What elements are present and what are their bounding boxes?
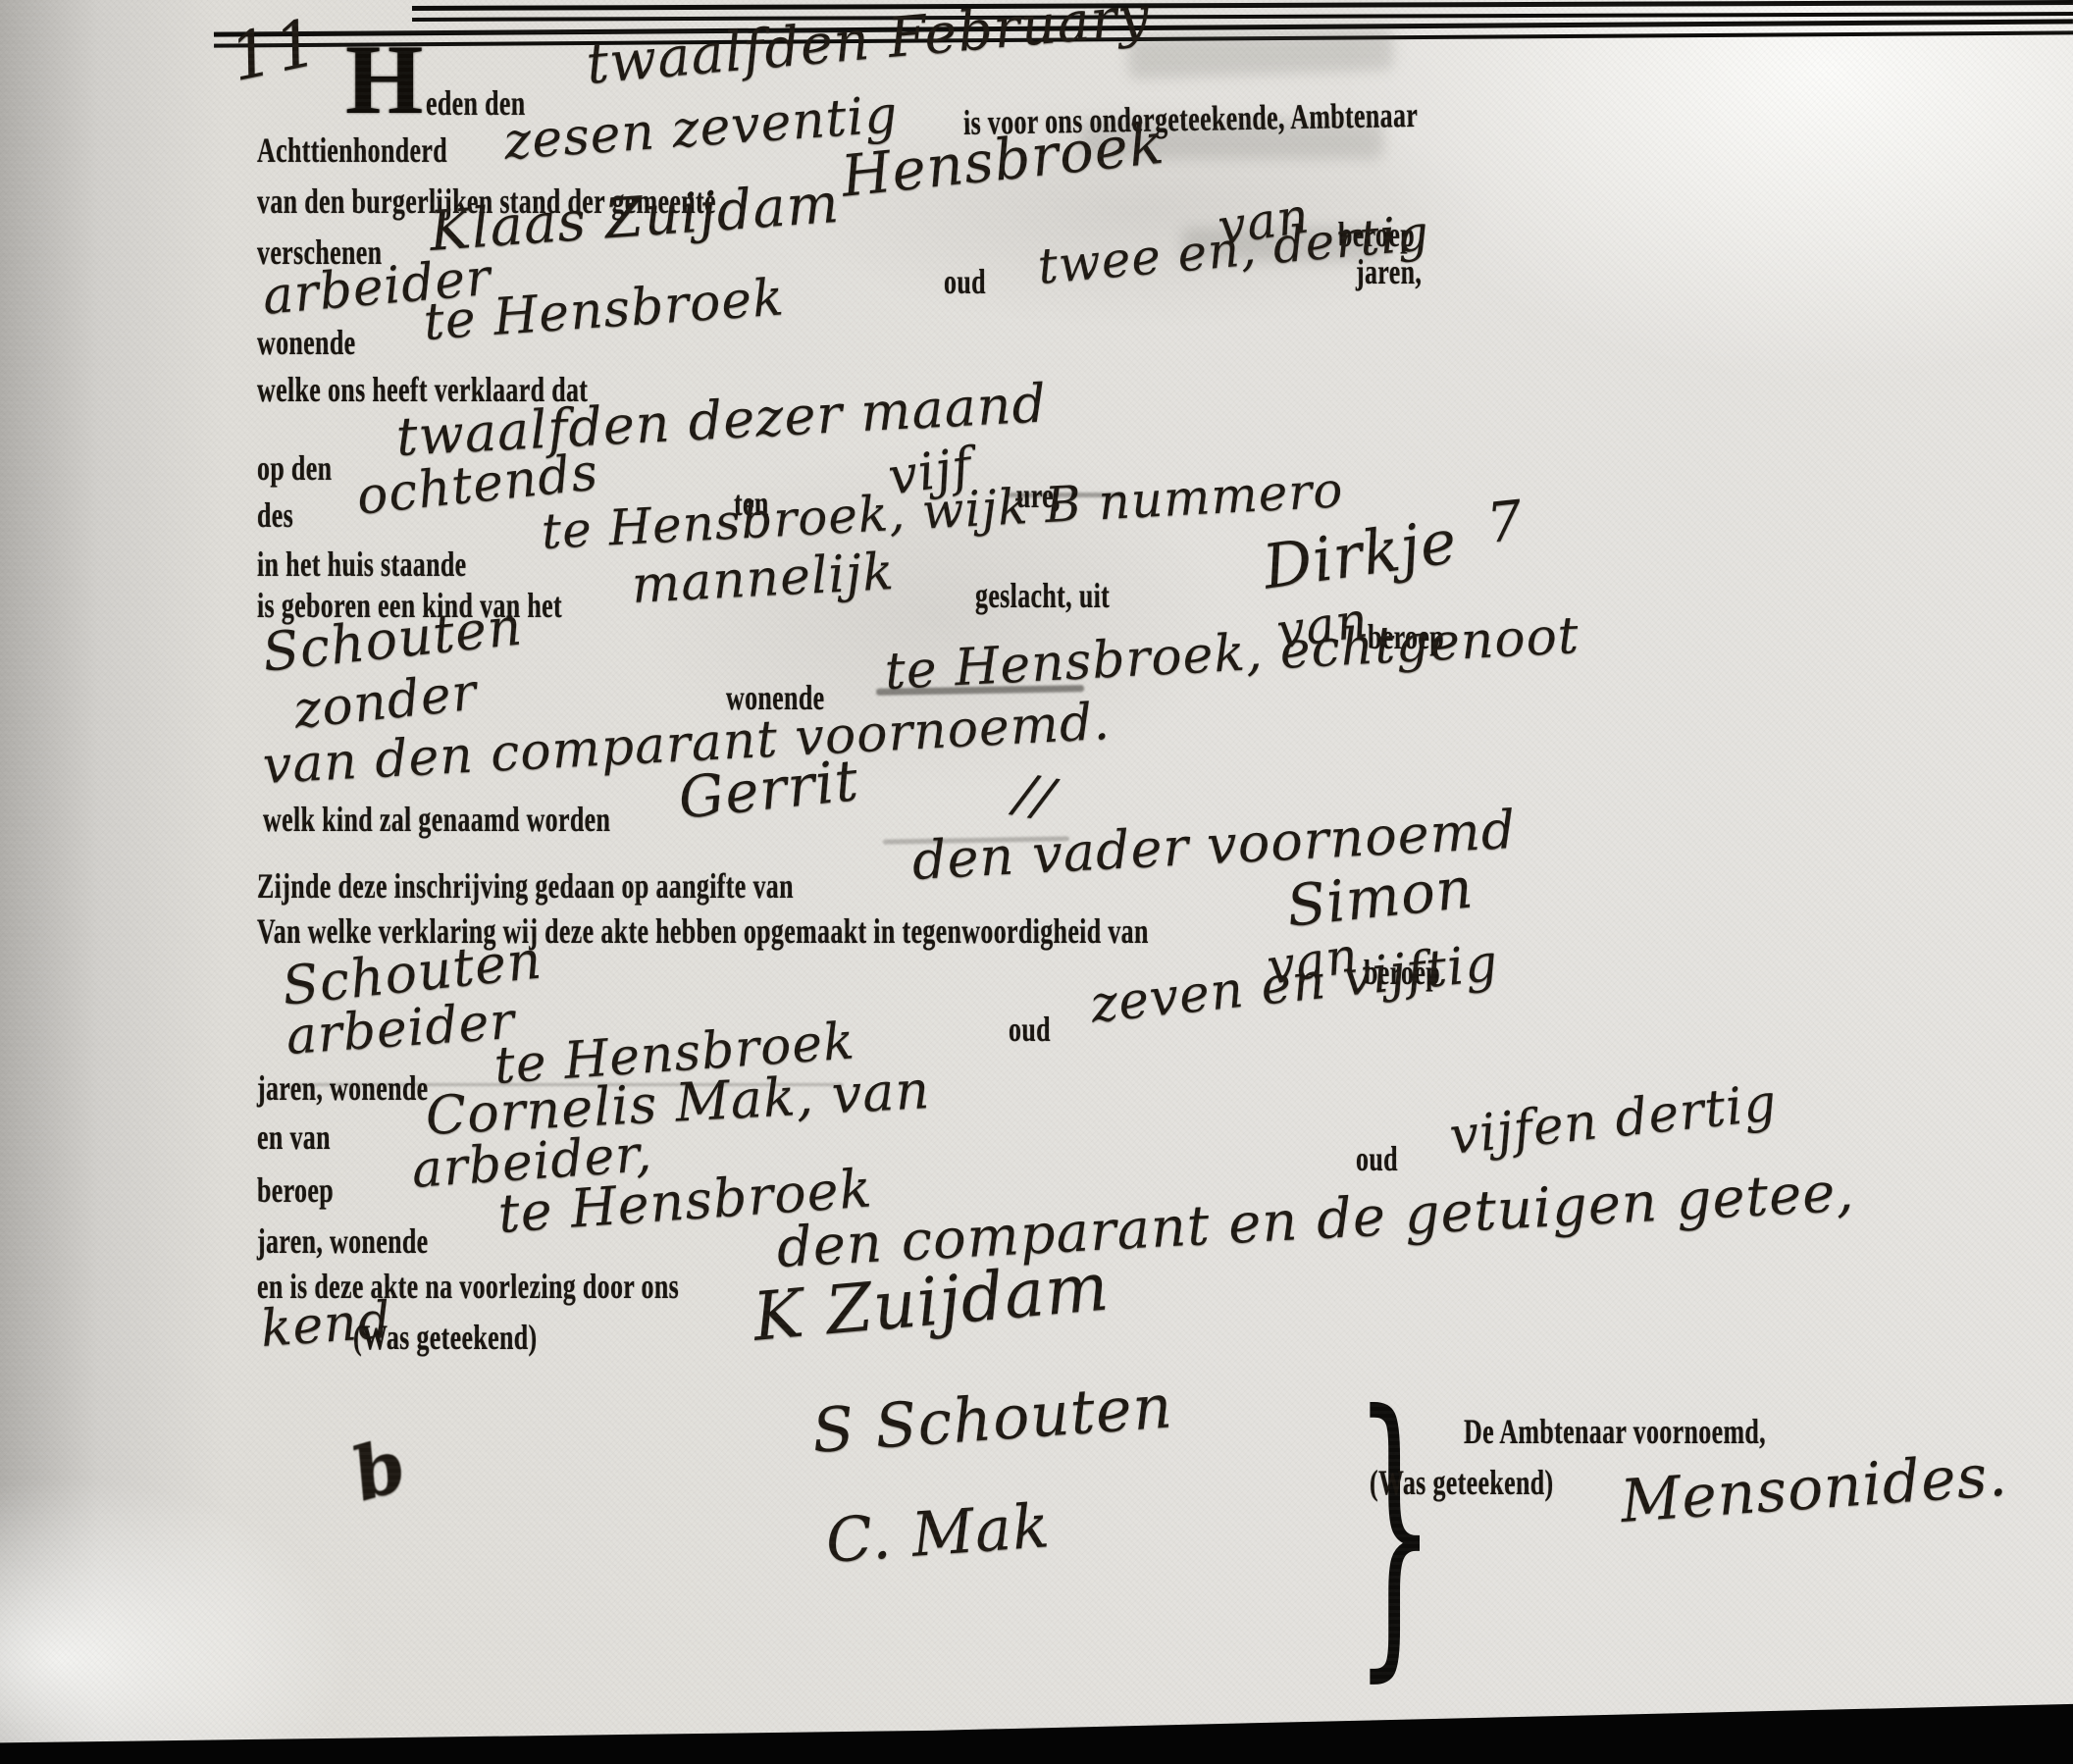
signature-witness1: S Schouten xyxy=(810,1374,1175,1463)
printed-oud3: oud xyxy=(1356,1140,1398,1179)
printed-naam-kind: welk kind zal genaamd worden xyxy=(263,801,610,840)
printed-jaren: jaren, xyxy=(1356,253,1422,292)
printed-en-van: en van xyxy=(257,1118,331,1158)
printed-op-den: op den xyxy=(257,449,332,489)
written-house-number: 7 xyxy=(1484,493,1527,553)
scan-scratch xyxy=(294,1083,844,1086)
written-witness1-firstname: Simon xyxy=(1284,857,1477,936)
printed-huis: in het huis staande xyxy=(257,545,467,585)
ink-flourish: // xyxy=(1011,765,1059,826)
printed-ambtenaar-voornoemd: De Ambtenaar voornoemd, xyxy=(1464,1413,1766,1452)
ink-blot-mark: b xyxy=(344,1427,415,1515)
printed-aangifte: Zijnde deze inschrijving gedaan op aangi… xyxy=(257,867,794,907)
signature-witness2: C. Mak xyxy=(824,1493,1053,1573)
written-witness2-age: vijfen dertig xyxy=(1447,1076,1780,1164)
printed-wonende: wonende xyxy=(257,324,355,363)
written-voorlezing: den comparant en de getuigen getee, xyxy=(775,1164,1855,1277)
written-mother-residence: te Hensbroek, echtgenoot xyxy=(884,609,1581,700)
written-gender: mannelijk xyxy=(631,545,896,613)
written-witness1-occupation: arbeider xyxy=(285,995,517,1064)
written-mother-firstname: Dirkje xyxy=(1259,509,1461,599)
printed-was-geteekend: (Was geteekend) xyxy=(353,1319,538,1358)
printed-achttienhonderd: Achttienhonderd xyxy=(257,131,447,171)
ink-smudge xyxy=(1009,493,1124,497)
printed-beroep4: beroep xyxy=(257,1171,334,1211)
printed-oud: oud xyxy=(944,263,986,302)
bleed-through-mark xyxy=(1127,28,1393,78)
signature-official: Mensonides. xyxy=(1619,1445,2010,1533)
birth-certificate-scan: 11 H eden den twaalfden February Achttie… xyxy=(0,0,2073,1764)
top-double-rule xyxy=(412,0,2073,22)
printed-jaren-wonende2: jaren, wonende xyxy=(257,1222,428,1262)
signature-brace: } xyxy=(1354,1375,1435,1682)
printed-oud2: oud xyxy=(1009,1011,1051,1050)
written-child-name: Gerrit xyxy=(676,751,861,829)
printed-was-geteekend2: (Was geteekend) xyxy=(1370,1464,1554,1503)
act-number: 11 xyxy=(225,8,327,93)
printed-geslacht-uit: geslacht, uit xyxy=(975,577,1110,616)
drop-cap-initial: H xyxy=(345,35,423,126)
printed-jaren-wonende: jaren, wonende xyxy=(257,1069,428,1109)
printed-des: des xyxy=(257,496,293,536)
